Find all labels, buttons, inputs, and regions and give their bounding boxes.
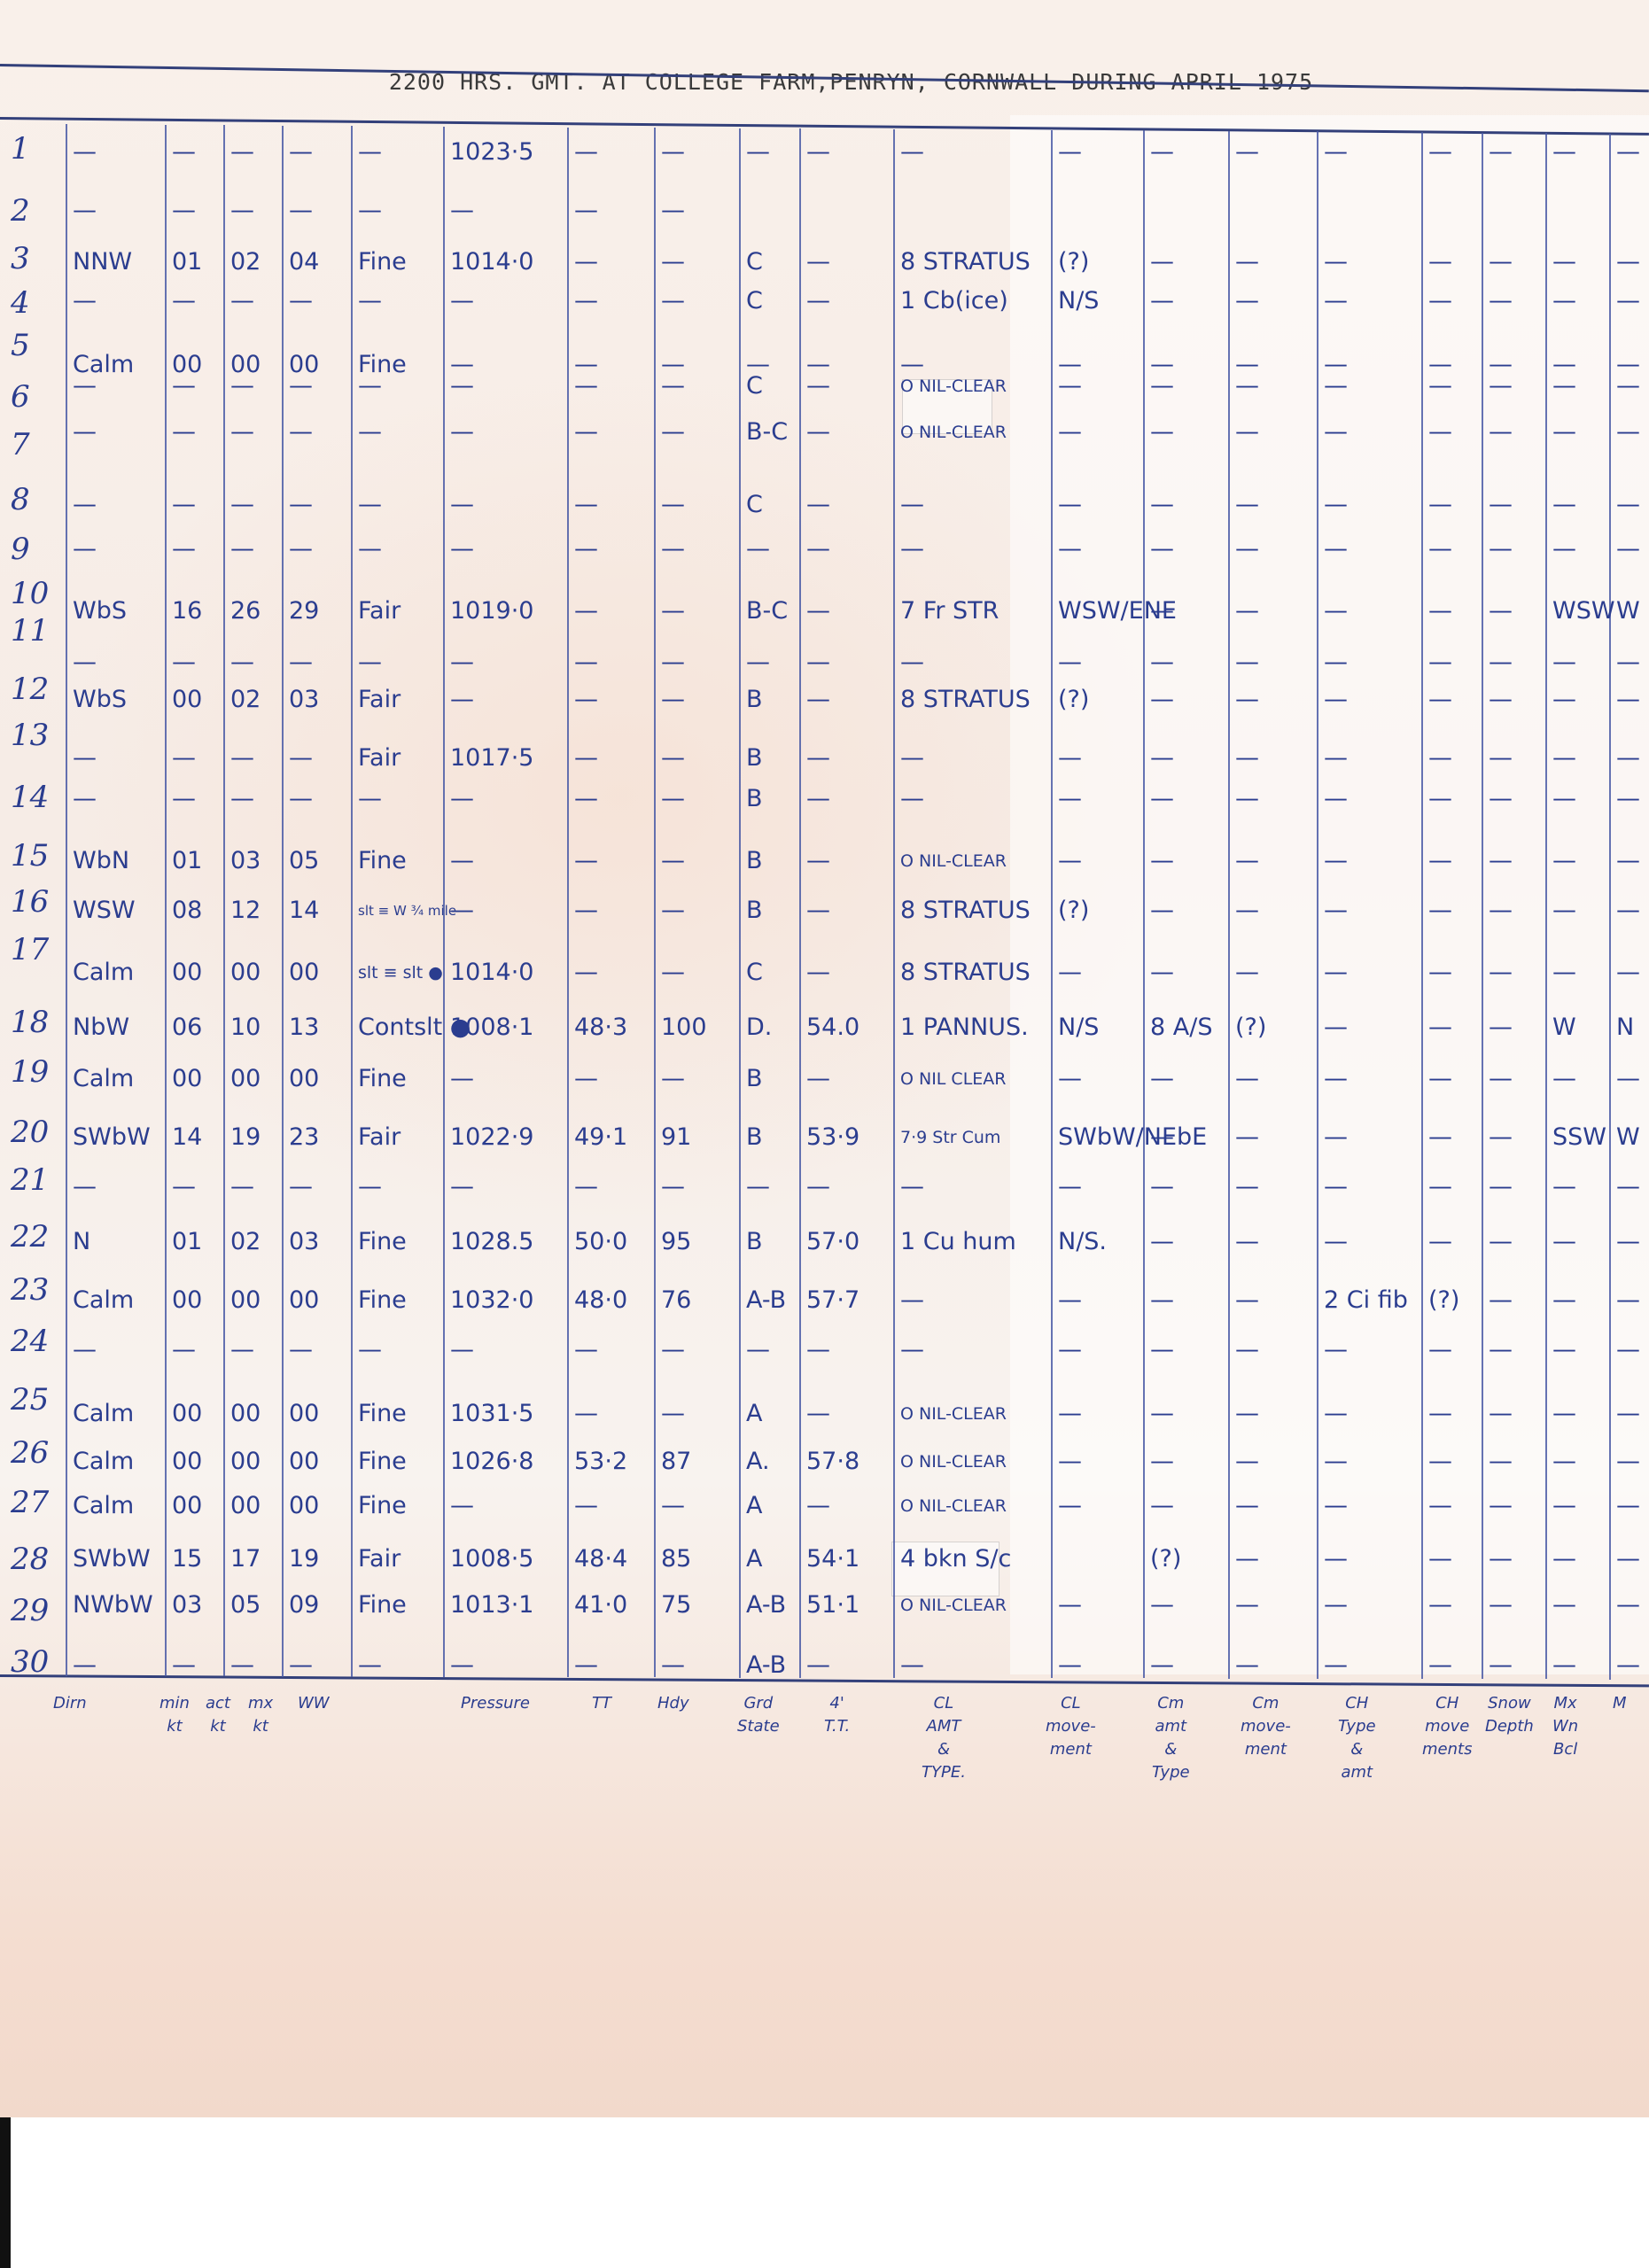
cell-tt: — bbox=[574, 198, 598, 224]
cell-cm-amt-type: — bbox=[1150, 745, 1174, 772]
cell-mx-kt: 13 bbox=[289, 1014, 319, 1041]
cell-min-kt: — bbox=[172, 649, 196, 676]
column-divider bbox=[1051, 130, 1053, 1679]
cell-cl-movement: — bbox=[1058, 373, 1082, 400]
cell-mx-wn-bcl: — bbox=[1552, 1652, 1576, 1679]
cell-mx-kt: 04 bbox=[289, 249, 319, 276]
cell-ch-type-amt: 2 Ci fib bbox=[1324, 1287, 1408, 1314]
column-divider bbox=[223, 125, 225, 1676]
cell-tt4: 57·7 bbox=[806, 1287, 860, 1314]
cell-mx-wn-bcl: — bbox=[1552, 1287, 1576, 1314]
cell-mx-kt: 09 bbox=[289, 1592, 319, 1619]
cell-mx-kt: 03 bbox=[289, 687, 319, 713]
cell-pressure: — bbox=[450, 1337, 474, 1363]
cell-act-kt: 00 bbox=[230, 959, 261, 986]
cell-cl-amt-type: O NIL-CLEAR bbox=[900, 419, 1007, 446]
cell-dirn: Calm bbox=[73, 959, 134, 986]
cell-mx-kt: — bbox=[289, 536, 313, 563]
column-divider bbox=[1143, 130, 1145, 1678]
cell-mx-wn-bcl: WSW bbox=[1552, 598, 1615, 625]
cell-cl-movement: — bbox=[1058, 1066, 1082, 1092]
cell-mx-kt: — bbox=[289, 492, 313, 518]
column-divider bbox=[654, 128, 656, 1677]
cell-ch-movements: — bbox=[1428, 1229, 1452, 1255]
cell-tt: 41·0 bbox=[574, 1592, 627, 1619]
cell-snow-depth: — bbox=[1489, 598, 1513, 625]
cell-mx-kt: 00 bbox=[289, 1066, 319, 1092]
cell-ww: Fair bbox=[358, 1546, 401, 1573]
cell-cm-movement: — bbox=[1235, 419, 1259, 446]
cell-dirn: — bbox=[73, 492, 97, 518]
cell-snow-depth: — bbox=[1489, 897, 1513, 924]
cell-hdy: 87 bbox=[661, 1449, 691, 1475]
cell-ww: Fine bbox=[358, 1401, 407, 1427]
cell-ch-type-amt: — bbox=[1324, 249, 1348, 276]
cell-ch-type-amt: — bbox=[1324, 1652, 1348, 1679]
cell-mx-wn-bcl: — bbox=[1552, 1401, 1576, 1427]
cell-hdy: — bbox=[661, 249, 685, 276]
column-label-hdy: Hdy bbox=[657, 1692, 689, 1715]
cell-cm-amt-type: — bbox=[1150, 1229, 1174, 1255]
cell-act-kt: 00 bbox=[230, 1287, 261, 1314]
cell-ww: — bbox=[358, 649, 382, 676]
cell-grd-state: C bbox=[746, 492, 763, 518]
cell-ww: Fine bbox=[358, 1287, 407, 1314]
cell-dirn: — bbox=[73, 649, 97, 676]
cell-mx-wn-bcl: — bbox=[1552, 419, 1576, 446]
cell-cm-amt-type: 8 A/S bbox=[1150, 1014, 1212, 1041]
cell-snow-depth: — bbox=[1489, 492, 1513, 518]
cell-ch-movements: — bbox=[1428, 1124, 1452, 1151]
day-number: 5 bbox=[11, 328, 30, 363]
cell-min-kt: — bbox=[172, 373, 196, 400]
cell-cl-amt-type: O NIL-CLEAR bbox=[900, 1592, 1007, 1619]
cell-ww: — bbox=[358, 419, 382, 446]
cell-tt4: — bbox=[806, 139, 830, 166]
cell-extra: — bbox=[1616, 1174, 1640, 1200]
cell-hdy: 95 bbox=[661, 1229, 691, 1255]
cell-dirn: — bbox=[73, 745, 97, 772]
cell-ch-type-amt: — bbox=[1324, 1449, 1348, 1475]
cell-extra: — bbox=[1616, 745, 1640, 772]
cell-act-kt: — bbox=[230, 419, 254, 446]
cell-cm-movement: (?) bbox=[1235, 1014, 1266, 1041]
cell-tt4: — bbox=[806, 786, 830, 812]
cell-min-kt: 06 bbox=[172, 1014, 202, 1041]
day-number: 3 bbox=[11, 241, 30, 276]
cell-pressure: — bbox=[450, 1066, 474, 1092]
cell-tt4: — bbox=[806, 1652, 830, 1679]
cell-pressure: 1028.5 bbox=[450, 1229, 533, 1255]
cell-act-kt: 02 bbox=[230, 687, 261, 713]
cell-tt: — bbox=[574, 288, 598, 315]
column-divider bbox=[165, 125, 167, 1677]
cell-grd-state: B bbox=[746, 786, 763, 812]
cell-cm-amt-type: — bbox=[1150, 848, 1174, 874]
cell-grd-state: C bbox=[746, 288, 763, 315]
cell-act-kt: — bbox=[230, 288, 254, 315]
day-number: 20 bbox=[11, 1115, 49, 1150]
cell-snow-depth: — bbox=[1489, 1014, 1513, 1041]
cell-dirn: WbN bbox=[73, 848, 129, 874]
cell-hdy: — bbox=[661, 1066, 685, 1092]
cell-grd-state: C bbox=[746, 959, 763, 986]
cell-snow-depth: — bbox=[1489, 139, 1513, 166]
cell-cm-movement: — bbox=[1235, 687, 1259, 713]
cell-cm-movement: — bbox=[1235, 1592, 1259, 1619]
cell-cm-amt-type: — bbox=[1150, 786, 1174, 812]
cell-hdy: 100 bbox=[661, 1014, 707, 1041]
cell-tt: 50·0 bbox=[574, 1229, 627, 1255]
cell-min-kt: 15 bbox=[172, 1546, 202, 1573]
cell-min-kt: — bbox=[172, 1174, 196, 1200]
cell-cm-movement: — bbox=[1235, 745, 1259, 772]
cell-cm-amt-type: — bbox=[1150, 1124, 1174, 1151]
column-label-ch-type-amt: CH Type & amt bbox=[1338, 1692, 1376, 1784]
cell-dirn: — bbox=[73, 139, 97, 166]
cell-ch-movements: — bbox=[1428, 1652, 1452, 1679]
cell-ch-movements: — bbox=[1428, 288, 1452, 315]
column-divider bbox=[1545, 133, 1547, 1679]
cell-cl-amt-type: — bbox=[900, 786, 924, 812]
cell-tt4: — bbox=[806, 1493, 830, 1519]
cell-hdy: — bbox=[661, 1174, 685, 1200]
day-number: 27 bbox=[11, 1485, 49, 1520]
cell-cl-amt-type: — bbox=[900, 536, 924, 563]
cell-act-kt: 00 bbox=[230, 1401, 261, 1427]
cell-dirn: — bbox=[73, 198, 97, 224]
cell-tt4: — bbox=[806, 649, 830, 676]
cell-mx-kt: 00 bbox=[289, 1287, 319, 1314]
cell-min-kt: 14 bbox=[172, 1124, 202, 1151]
cell-min-kt: — bbox=[172, 419, 196, 446]
day-number: 15 bbox=[11, 838, 49, 874]
cell-dirn: Calm bbox=[73, 1493, 134, 1519]
cell-snow-depth: — bbox=[1489, 1174, 1513, 1200]
cell-act-kt: 19 bbox=[230, 1124, 261, 1151]
cell-min-kt: 00 bbox=[172, 1449, 202, 1475]
cell-extra: — bbox=[1616, 1493, 1640, 1519]
cell-cl-amt-type: — bbox=[900, 139, 924, 166]
cell-min-kt: 00 bbox=[172, 1401, 202, 1427]
cell-tt: — bbox=[574, 1401, 598, 1427]
day-number: 19 bbox=[11, 1054, 49, 1090]
cell-dirn: NbW bbox=[73, 1014, 129, 1041]
cell-hdy: — bbox=[661, 198, 685, 224]
cell-ch-type-amt: — bbox=[1324, 649, 1348, 676]
cell-tt: — bbox=[574, 649, 598, 676]
scanner-bed bbox=[0, 2117, 1649, 2268]
cell-min-kt: 00 bbox=[172, 1287, 202, 1314]
cell-cm-amt-type: — bbox=[1150, 687, 1174, 713]
cell-cm-movement: — bbox=[1235, 1066, 1259, 1092]
day-number: 23 bbox=[11, 1272, 49, 1308]
column-label-cl-movement: CL move- ment bbox=[1046, 1692, 1096, 1761]
day-number: 17 bbox=[11, 932, 49, 967]
cell-ch-type-amt: — bbox=[1324, 536, 1348, 563]
cell-grd-state: C bbox=[746, 373, 763, 400]
cell-pressure: 1019·0 bbox=[450, 598, 533, 625]
cell-dirn: — bbox=[73, 1652, 97, 1679]
cell-snow-depth: — bbox=[1489, 1124, 1513, 1151]
cell-ww: Fine bbox=[358, 249, 407, 276]
column-label-min-kt: min kt bbox=[159, 1692, 190, 1738]
cell-tt: — bbox=[574, 1493, 598, 1519]
cell-mx-kt: 03 bbox=[289, 1229, 319, 1255]
cell-min-kt: — bbox=[172, 745, 196, 772]
cell-ww: — bbox=[358, 1174, 382, 1200]
cell-extra: W bbox=[1616, 1124, 1640, 1151]
column-divider bbox=[567, 128, 569, 1678]
cell-tt4: — bbox=[806, 1337, 830, 1363]
cell-cl-movement: (?) bbox=[1058, 249, 1089, 276]
column-divider bbox=[799, 128, 801, 1677]
cell-min-kt: 01 bbox=[172, 1229, 202, 1255]
cell-cl-movement: — bbox=[1058, 786, 1082, 812]
cell-cm-movement: — bbox=[1235, 492, 1259, 518]
cell-ch-movements: — bbox=[1428, 897, 1452, 924]
column-label-ch-movements: CH move ments bbox=[1422, 1692, 1472, 1761]
cell-snow-depth: — bbox=[1489, 1229, 1513, 1255]
cell-extra: N bbox=[1616, 1014, 1634, 1041]
cell-cl-amt-type: 8 STRATUS bbox=[900, 959, 1031, 986]
cell-min-kt: 01 bbox=[172, 249, 202, 276]
cell-min-kt: — bbox=[172, 1337, 196, 1363]
cell-ww: Fair bbox=[358, 687, 401, 713]
cell-min-kt: — bbox=[172, 198, 196, 224]
cell-cl-movement: — bbox=[1058, 492, 1082, 518]
cell-cm-amt-type: — bbox=[1150, 1592, 1174, 1619]
column-label-cm-movement: Cm move- ment bbox=[1241, 1692, 1291, 1761]
cell-hdy: — bbox=[661, 745, 685, 772]
cell-pressure: 1023·5 bbox=[450, 139, 533, 166]
cell-extra: — bbox=[1616, 1449, 1640, 1475]
cell-ch-type-amt: — bbox=[1324, 1229, 1348, 1255]
cell-tt: — bbox=[574, 959, 598, 986]
day-number: 14 bbox=[11, 780, 49, 815]
cell-extra: — bbox=[1616, 1546, 1640, 1573]
cell-pressure: 1014·0 bbox=[450, 959, 533, 986]
cell-ww: Fine bbox=[358, 1229, 407, 1255]
cell-extra: — bbox=[1616, 786, 1640, 812]
cell-cl-movement: — bbox=[1058, 1287, 1082, 1314]
cell-dirn: WbS bbox=[73, 687, 127, 713]
cell-act-kt: 00 bbox=[230, 1493, 261, 1519]
cell-extra: — bbox=[1616, 1066, 1640, 1092]
cell-tt4: — bbox=[806, 373, 830, 400]
cell-cm-movement: — bbox=[1235, 649, 1259, 676]
cell-mx-kt: — bbox=[289, 139, 313, 166]
cell-mx-kt: 00 bbox=[289, 959, 319, 986]
cell-ch-movements: — bbox=[1428, 1493, 1452, 1519]
cell-mx-kt: — bbox=[289, 419, 313, 446]
cell-hdy: — bbox=[661, 1652, 685, 1679]
cell-extra: — bbox=[1616, 848, 1640, 874]
cell-act-kt: 10 bbox=[230, 1014, 261, 1041]
cell-extra: — bbox=[1616, 139, 1640, 166]
cell-ww: Fine bbox=[358, 848, 407, 874]
cell-snow-depth: — bbox=[1489, 848, 1513, 874]
day-number: 13 bbox=[11, 718, 49, 753]
cell-cl-amt-type: 8 STRATUS bbox=[900, 249, 1031, 276]
cell-grd-state: — bbox=[746, 139, 770, 166]
cell-min-kt: — bbox=[172, 288, 196, 315]
cell-hdy: — bbox=[661, 959, 685, 986]
cell-pressure: — bbox=[450, 419, 474, 446]
page-title: 2200 HRS. GMT. AT COLLEGE FARM,PENRYN, C… bbox=[0, 69, 1649, 95]
cell-cm-amt-type: — bbox=[1150, 249, 1174, 276]
cell-ww: — bbox=[358, 139, 382, 166]
cell-ch-movements: — bbox=[1428, 139, 1452, 166]
day-number: 6 bbox=[11, 379, 30, 415]
cell-mx-wn-bcl: — bbox=[1552, 1546, 1576, 1573]
day-number: 1 bbox=[11, 131, 30, 167]
cell-cm-movement: — bbox=[1235, 786, 1259, 812]
cell-ch-movements: — bbox=[1428, 492, 1452, 518]
cell-cm-amt-type: — bbox=[1150, 373, 1174, 400]
cell-cm-movement: — bbox=[1235, 1174, 1259, 1200]
cell-hdy: — bbox=[661, 288, 685, 315]
cell-ww: — bbox=[358, 373, 382, 400]
cell-ch-movements: — bbox=[1428, 373, 1452, 400]
cell-cl-amt-type: — bbox=[900, 492, 924, 518]
cell-mx-kt: — bbox=[289, 745, 313, 772]
column-divider bbox=[739, 128, 741, 1678]
cell-min-kt: — bbox=[172, 139, 196, 166]
cell-cm-amt-type: — bbox=[1150, 649, 1174, 676]
cell-mx-kt: 23 bbox=[289, 1124, 319, 1151]
cell-cl-amt-type: 7 Fr STR bbox=[900, 598, 999, 625]
day-number: 7 bbox=[11, 427, 30, 462]
cell-ch-movements: — bbox=[1428, 959, 1452, 986]
cell-grd-state: B-C bbox=[746, 598, 788, 625]
cell-tt4: — bbox=[806, 687, 830, 713]
cell-mx-wn-bcl: — bbox=[1552, 687, 1576, 713]
cell-extra: — bbox=[1616, 1652, 1640, 1679]
cell-hdy: — bbox=[661, 598, 685, 625]
column-divider bbox=[1317, 131, 1318, 1678]
cell-act-kt: 00 bbox=[230, 1449, 261, 1475]
cell-ch-movements: — bbox=[1428, 419, 1452, 446]
cell-cm-movement: — bbox=[1235, 959, 1259, 986]
cell-ch-type-amt: — bbox=[1324, 139, 1348, 166]
cell-grd-state: B bbox=[746, 745, 763, 772]
cell-mx-kt: — bbox=[289, 1652, 313, 1679]
day-number: 28 bbox=[11, 1542, 49, 1577]
cell-tt: — bbox=[574, 139, 598, 166]
scan-edge-shadow bbox=[0, 2117, 11, 2268]
cell-snow-depth: — bbox=[1489, 1493, 1513, 1519]
cell-cl-movement: — bbox=[1058, 649, 1082, 676]
cell-cl-amt-type: — bbox=[900, 1174, 924, 1200]
cell-act-kt: — bbox=[230, 1337, 254, 1363]
cell-hdy: — bbox=[661, 687, 685, 713]
column-label-snow-depth: Snow Depth bbox=[1485, 1692, 1534, 1738]
cell-tt4: 53·9 bbox=[806, 1124, 860, 1151]
day-number: 16 bbox=[11, 884, 49, 920]
cell-pressure: 1008·1 bbox=[450, 1014, 533, 1041]
cell-act-kt: 12 bbox=[230, 897, 261, 924]
cell-extra: — bbox=[1616, 536, 1640, 563]
cell-cm-amt-type: — bbox=[1150, 1493, 1174, 1519]
cell-cm-amt-type: — bbox=[1150, 1174, 1174, 1200]
cell-mx-wn-bcl: — bbox=[1552, 1493, 1576, 1519]
cell-tt: — bbox=[574, 897, 598, 924]
cell-tt4: — bbox=[806, 249, 830, 276]
cell-snow-depth: — bbox=[1489, 1337, 1513, 1363]
cell-act-kt: — bbox=[230, 373, 254, 400]
cell-extra: — bbox=[1616, 959, 1640, 986]
cell-ww: Fair bbox=[358, 598, 401, 625]
cell-dirn: NWbW bbox=[73, 1592, 153, 1619]
cell-ch-type-amt: — bbox=[1324, 373, 1348, 400]
cell-extra: — bbox=[1616, 649, 1640, 676]
cell-cl-amt-type: — bbox=[900, 1652, 924, 1679]
cell-tt: 49·1 bbox=[574, 1124, 627, 1151]
cell-tt: — bbox=[574, 536, 598, 563]
column-divider bbox=[893, 129, 895, 1678]
column-label-mx-kt: mx kt bbox=[248, 1692, 273, 1738]
cell-ww: Fine bbox=[358, 1449, 407, 1475]
cell-pressure: — bbox=[450, 1493, 474, 1519]
cell-hdy: 91 bbox=[661, 1124, 691, 1151]
cell-mx-wn-bcl: — bbox=[1552, 373, 1576, 400]
column-label-ww: WW bbox=[298, 1692, 330, 1715]
cell-cm-amt-type: — bbox=[1150, 1449, 1174, 1475]
cell-act-kt: — bbox=[230, 1652, 254, 1679]
cell-mx-kt: 14 bbox=[289, 897, 319, 924]
cell-min-kt: — bbox=[172, 786, 196, 812]
cell-ww: Fine bbox=[358, 1066, 407, 1092]
day-number: 10 bbox=[11, 576, 49, 611]
cell-snow-depth: — bbox=[1489, 786, 1513, 812]
cell-tt4: — bbox=[806, 1174, 830, 1200]
cell-min-kt: 03 bbox=[172, 1592, 202, 1619]
cell-min-kt: — bbox=[172, 536, 196, 563]
cell-mx-kt: 00 bbox=[289, 1401, 319, 1427]
cell-pressure: 1022·9 bbox=[450, 1124, 533, 1151]
cell-cl-amt-type: O NIL CLEAR bbox=[900, 1066, 1007, 1092]
cell-grd-state: B bbox=[746, 848, 763, 874]
cell-mx-wn-bcl: — bbox=[1552, 536, 1576, 563]
cell-pressure: — bbox=[450, 373, 474, 400]
cell-pressure: 1017·5 bbox=[450, 745, 533, 772]
cell-pressure: — bbox=[450, 649, 474, 676]
cell-dirn: — bbox=[73, 536, 97, 563]
cell-cm-movement: — bbox=[1235, 1337, 1259, 1363]
cell-ch-movements: — bbox=[1428, 1014, 1452, 1041]
cell-dirn: Calm bbox=[73, 1066, 134, 1092]
column-label-cl-amt-type: CL AMT & TYPE. bbox=[922, 1692, 966, 1784]
cell-tt4: — bbox=[806, 598, 830, 625]
cell-snow-depth: — bbox=[1489, 249, 1513, 276]
cell-ww: — bbox=[358, 1652, 382, 1679]
day-number: 24 bbox=[11, 1324, 49, 1359]
cell-extra: — bbox=[1616, 1287, 1640, 1314]
day-number: 12 bbox=[11, 672, 49, 707]
cell-cm-movement: — bbox=[1235, 1546, 1259, 1573]
cell-pressure: — bbox=[450, 1652, 474, 1679]
cell-cl-amt-type: O NIL-CLEAR bbox=[900, 1493, 1007, 1519]
cell-grd-state: D. bbox=[746, 1014, 772, 1041]
cell-min-kt: 00 bbox=[172, 959, 202, 986]
column-divider bbox=[282, 126, 284, 1677]
cell-cm-movement: — bbox=[1235, 848, 1259, 874]
cell-mx-kt: — bbox=[289, 198, 313, 224]
cell-ww: slt ≡ W ¾ mile bbox=[358, 897, 456, 924]
cell-dirn: — bbox=[73, 419, 97, 446]
cell-cl-amt-type: 1 Cu hum bbox=[900, 1229, 1016, 1255]
